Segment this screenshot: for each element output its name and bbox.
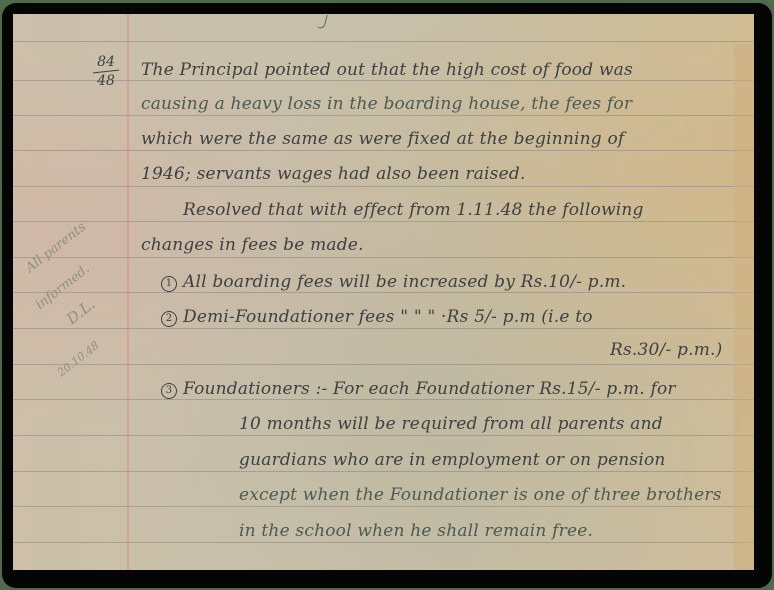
ruled-line — [13, 115, 754, 116]
body-line: 1946; servants wages had also been raise… — [141, 164, 526, 184]
list-item-3-line: in the school when he shall remain free. — [239, 521, 593, 541]
item-text: Demi-Foundationer fees " " " ·Rs 5/- p.m… — [183, 307, 593, 327]
margin-note-date: 20.10.48 — [55, 339, 102, 379]
ruled-line — [13, 221, 754, 222]
minute-number: 84 48 — [91, 54, 121, 89]
list-item-3-line: guardians who are in employment or on pe… — [239, 450, 666, 470]
item-marker: 3 — [161, 383, 177, 399]
item-marker: 2 — [161, 311, 177, 327]
list-item-1: 1All boarding fees will be increased by … — [161, 272, 626, 292]
resolution-line: changes in fees be made. — [141, 235, 364, 255]
ruled-line — [13, 364, 754, 365]
item-text: All boarding fees will be increased by R… — [183, 272, 626, 292]
document-page: 84 48 The Principal pointed out that the… — [13, 14, 754, 570]
ruled-line — [13, 150, 754, 151]
list-item-2: 2Demi-Foundationer fees " " " ·Rs 5/- p.… — [161, 307, 593, 327]
ruled-line — [13, 80, 754, 81]
ruled-line — [13, 257, 754, 258]
ruled-line — [13, 506, 754, 507]
ruled-line — [13, 41, 754, 42]
ruled-line — [13, 435, 754, 436]
previous-line-ink-mark — [317, 14, 328, 30]
margin-rule — [127, 14, 129, 570]
scan-frame: 84 48 The Principal pointed out that the… — [2, 3, 772, 588]
page-edge-stain — [734, 44, 754, 570]
ruled-line — [13, 328, 754, 329]
minute-number-top: 84 — [91, 54, 121, 70]
list-item-3: 3Foundationers :- For each Foundationer … — [161, 379, 676, 399]
list-item-2-continuation: Rs.30/- p.m.) — [610, 340, 722, 360]
item-marker: 1 — [161, 276, 177, 292]
ruled-line — [13, 471, 754, 472]
margin-note-initials: D.L. — [63, 295, 99, 328]
body-line: The Principal pointed out that the high … — [141, 60, 633, 80]
resolution-line: Resolved that with effect from 1.11.48 t… — [183, 200, 644, 220]
body-line: causing a heavy loss in the boarding hou… — [141, 94, 632, 114]
item-text: Foundationers :- For each Foundationer R… — [183, 379, 676, 399]
ruled-line — [13, 542, 754, 543]
list-item-3-line: 10 months will be required from all pare… — [239, 414, 663, 434]
ruled-line — [13, 399, 754, 400]
ruled-line — [13, 186, 754, 187]
list-item-3-line: except when the Foundationer is one of t… — [239, 485, 722, 505]
body-line: which were the same as were fixed at the… — [141, 129, 624, 149]
ruled-line — [13, 292, 754, 293]
minute-number-bottom: 48 — [91, 73, 121, 89]
